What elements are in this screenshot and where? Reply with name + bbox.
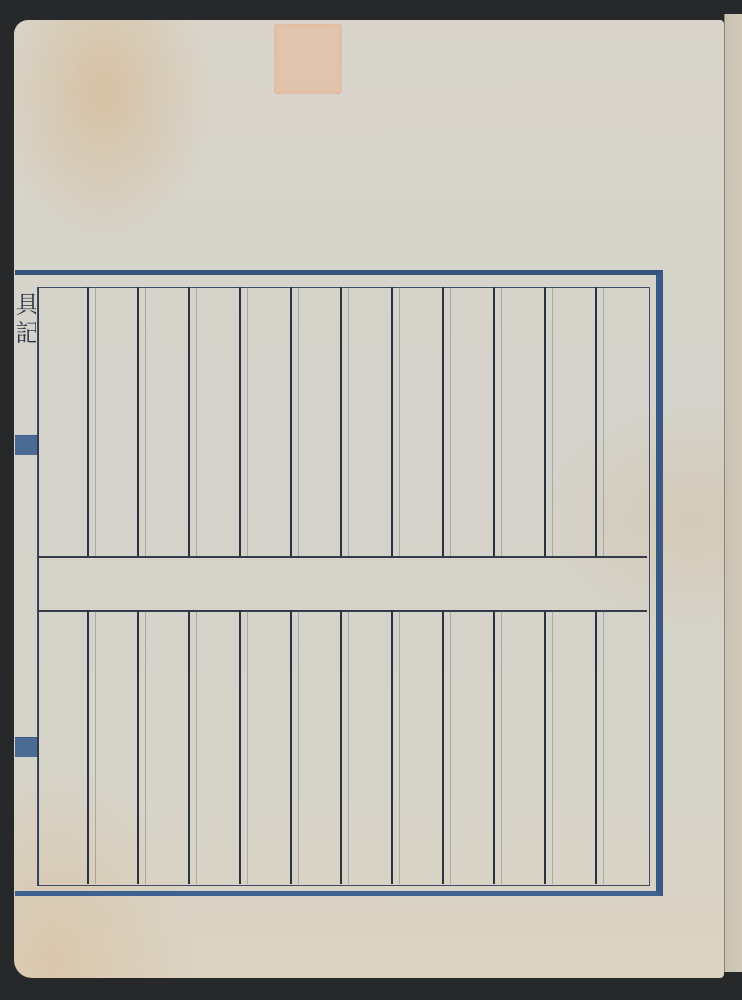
faint-guide-rule: [95, 287, 96, 556]
faint-guide-rule: [552, 287, 553, 556]
faint-guide-rule: [348, 610, 349, 884]
column-rule: [442, 610, 444, 884]
adjacent-page-edge: [724, 14, 742, 972]
column-rule: [544, 610, 546, 884]
column-rule: [493, 287, 495, 556]
column-rule: [391, 610, 393, 884]
column-rule: [442, 287, 444, 556]
faint-guide-rule: [552, 610, 553, 884]
seal-stamp: [274, 24, 342, 94]
faint-guide-rule: [348, 287, 349, 556]
margin-fishtail-block-lower: [15, 737, 37, 757]
band-top-rule: [37, 556, 647, 558]
column-rule: [87, 287, 89, 556]
faint-guide-rule: [603, 610, 604, 884]
faint-guide-rule: [298, 610, 299, 884]
column-rule: [595, 610, 597, 884]
column-rule: [188, 610, 190, 884]
faint-guide-rule: [145, 610, 146, 884]
margin-middle-box: [15, 455, 38, 738]
faint-guide-rule: [450, 610, 451, 884]
margin-lower-box: [15, 757, 38, 884]
faint-guide-rule: [399, 287, 400, 556]
faint-guide-rule: [399, 610, 400, 884]
column-rule: [290, 287, 292, 556]
band-bottom-rule: [37, 610, 647, 612]
column-rule: [239, 287, 241, 556]
column-rule: [391, 287, 393, 556]
column-rule: [239, 610, 241, 884]
faint-guide-rule: [298, 287, 299, 556]
column-rule: [340, 610, 342, 884]
faint-guide-rule: [501, 287, 502, 556]
column-rule: [188, 287, 190, 556]
faint-guide-rule: [196, 287, 197, 556]
faint-guide-rule: [247, 287, 248, 556]
faint-guide-rule: [145, 287, 146, 556]
faint-guide-rule: [247, 610, 248, 884]
column-rule: [137, 610, 139, 884]
column-rule: [137, 287, 139, 556]
column-rule: [290, 610, 292, 884]
faint-guide-rule: [603, 287, 604, 556]
margin-title-text: 具記: [14, 292, 36, 432]
column-rule: [340, 287, 342, 556]
ledger-grid-frame: [37, 287, 650, 886]
margin-fishtail-block-upper: [15, 435, 37, 455]
faint-guide-rule: [95, 610, 96, 884]
column-rule: [87, 610, 89, 884]
column-rule: [544, 287, 546, 556]
faint-guide-rule: [501, 610, 502, 884]
faint-guide-rule: [196, 610, 197, 884]
column-rule: [595, 287, 597, 556]
column-rule: [493, 610, 495, 884]
faint-guide-rule: [450, 287, 451, 556]
